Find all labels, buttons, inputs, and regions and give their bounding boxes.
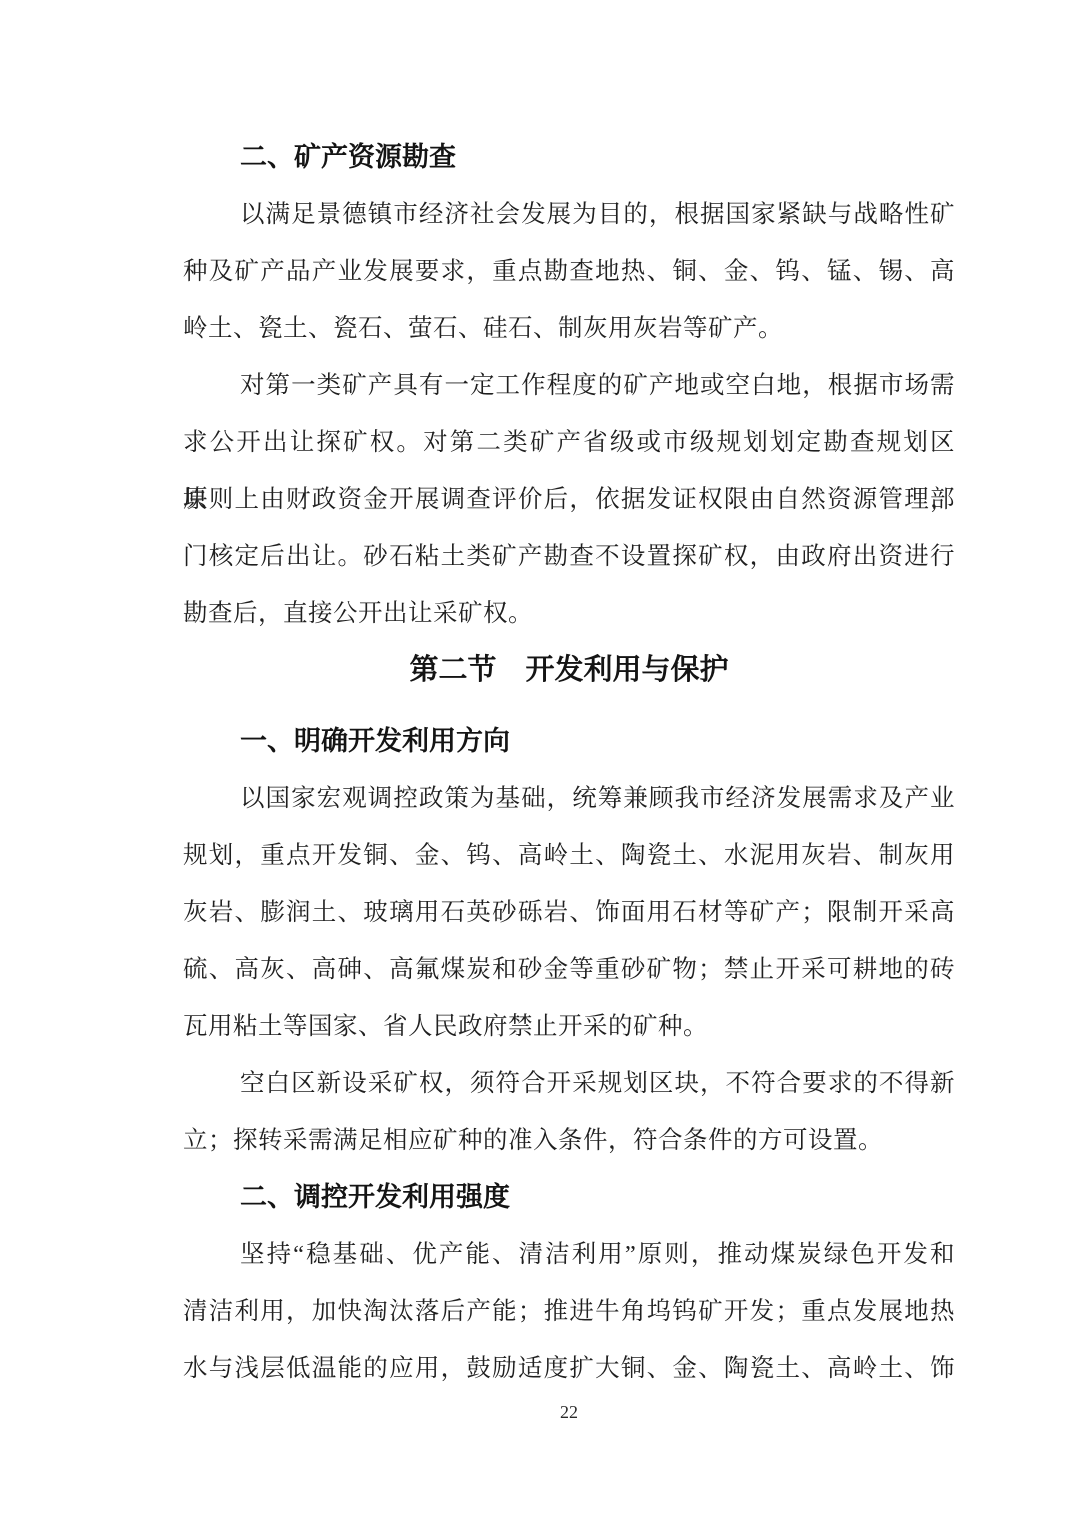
text-line: 立；探转采需满足相应矿种的准入条件，符合条件的方可设置。	[183, 1112, 955, 1169]
text-line: 瓦用粘土等国家、省人民政府禁止开采的矿种。	[183, 998, 955, 1055]
heading-utilization-intensity: 二、调控开发利用强度	[183, 1169, 955, 1226]
text-line: 水与浅层低温能的应用，鼓励适度扩大铜、金、陶瓷土、高岭土、饰	[183, 1340, 955, 1397]
section-title-development-protection: 第二节 开发利用与保护	[183, 642, 955, 699]
heading-development-direction: 一、明确开发利用方向	[183, 713, 955, 770]
text-line: 以满足景德镇市经济社会发展为目的，根据国家紧缺与战略性矿	[183, 186, 955, 243]
heading-mineral-survey: 二、矿产资源勘查	[183, 129, 955, 186]
text-line: 门核定后出让。砂石粘土类矿产勘查不设置探矿权，由政府出资进行	[183, 528, 955, 585]
page-number: 22	[183, 1397, 955, 1427]
paragraph-utilization-intensity: 坚持“稳基础、优产能、清洁利用”原则，推动煤炭绿色开发和 清洁利用，加快淘汰落后…	[183, 1226, 955, 1397]
paragraph-survey: 以满足景德镇市经济社会发展为目的，根据国家紧缺与战略性矿 种及矿产品产业发展要求…	[183, 186, 955, 357]
document-page: 二、矿产资源勘查 以满足景德镇市经济社会发展为目的，根据国家紧缺与战略性矿 种及…	[0, 0, 1074, 1520]
paragraph-development-direction: 以国家宏观调控政策为基础，统筹兼顾我市经济发展需求及产业 规划，重点开发铜、金、…	[183, 770, 955, 1055]
text-line: 求公开出让探矿权。对第二类矿产省级或市级规划划定勘查规划区块，	[183, 414, 955, 471]
paragraph-blank-area: 空白区新设采矿权，须符合开采规划区块，不符合要求的不得新 立；探转采需满足相应矿…	[183, 1055, 955, 1169]
paragraph-mining-rights: 对第一类矿产具有一定工作程度的矿产地或空白地，根据市场需 求公开出让探矿权。对第…	[183, 357, 955, 642]
text-block: 二、矿产资源勘查 以满足景德镇市经济社会发展为目的，根据国家紧缺与战略性矿 种及…	[183, 129, 955, 1427]
text-line: 原则上由财政资金开展调查评价后，依据发证权限由自然资源管理部	[183, 471, 955, 528]
text-line: 灰岩、膨润土、玻璃用石英砂砾岩、饰面用石材等矿产；限制开采高	[183, 884, 955, 941]
text-line: 种及矿产品产业发展要求，重点勘查地热、铜、金、钨、锰、锡、高	[183, 243, 955, 300]
text-line: 空白区新设采矿权，须符合开采规划区块，不符合要求的不得新	[183, 1055, 955, 1112]
text-line: 规划，重点开发铜、金、钨、高岭土、陶瓷土、水泥用灰岩、制灰用	[183, 827, 955, 884]
text-line: 清洁利用，加快淘汰落后产能；推进牛角坞钨矿开发；重点发展地热	[183, 1283, 955, 1340]
text-line: 岭土、瓷土、瓷石、萤石、硅石、制灰用灰岩等矿产。	[183, 300, 955, 357]
text-line: 硫、高灰、高砷、高氟煤炭和砂金等重砂矿物；禁止开采可耕地的砖	[183, 941, 955, 998]
text-line: 以国家宏观调控政策为基础，统筹兼顾我市经济发展需求及产业	[183, 770, 955, 827]
text-line: 勘查后，直接公开出让采矿权。	[183, 585, 955, 642]
text-line: 对第一类矿产具有一定工作程度的矿产地或空白地，根据市场需	[183, 357, 955, 414]
text-line: 坚持“稳基础、优产能、清洁利用”原则，推动煤炭绿色开发和	[183, 1226, 955, 1283]
